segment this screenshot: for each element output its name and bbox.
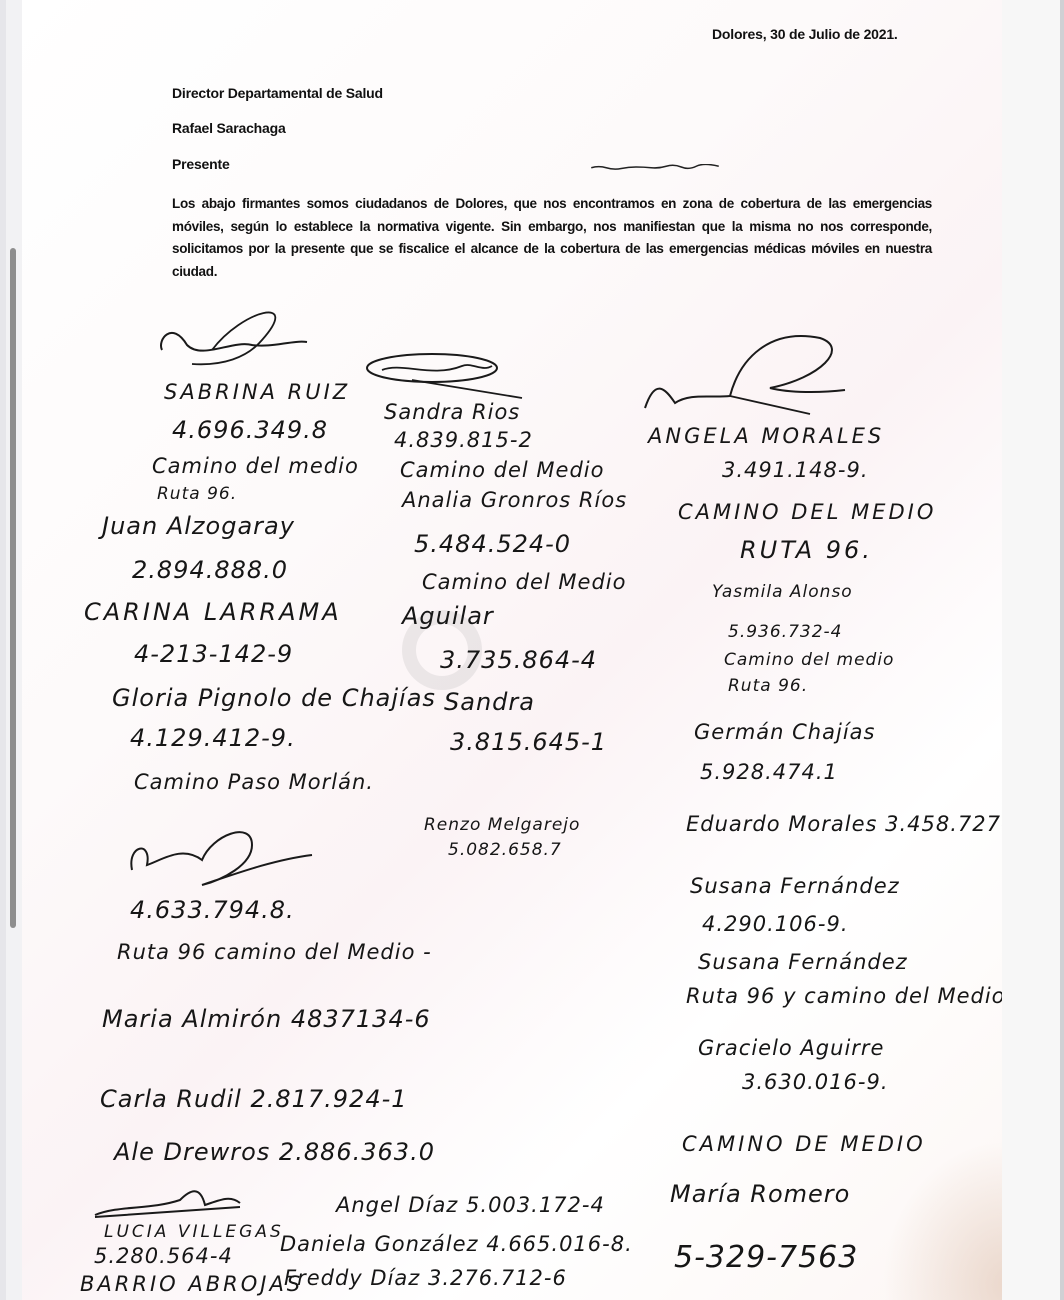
signatory-name: Germán Chajías — [694, 720, 875, 744]
letter-body: Los abajo firmantes somos ciudadanos de … — [172, 193, 932, 283]
signatory-address: CAMINO DE MEDIO — [682, 1132, 926, 1156]
signatory-id: 5.936.732-4 — [728, 622, 842, 642]
signatory-id: 5.003.172-4 — [466, 1193, 605, 1217]
signature-sandra-rios — [362, 350, 532, 405]
viewer-right-gutter — [1002, 0, 1064, 1300]
signature-angela-morales — [640, 318, 860, 423]
signatory-id: 4.665.016-8. — [486, 1232, 633, 1256]
signatory-entry: Ale Drewros 2.886.363.0 — [114, 1138, 435, 1166]
signatory-address: BARRIO ABROJAS — [80, 1272, 303, 1296]
signatory-entry: Maria Almirón 4837134-6 — [102, 1005, 431, 1033]
signatory-name: Eduardo Morales — [686, 812, 877, 836]
signatory-id: 4.290.106-9. — [702, 912, 849, 936]
signatory-address: CAMINO DEL MEDIO — [678, 500, 936, 524]
signatory-id: 5.928.474.1 — [700, 760, 838, 784]
signatory-id: 4-213-142-9 — [134, 640, 293, 668]
signatory-name: LUCIA VILLEGAS — [104, 1222, 284, 1242]
signatory-name: SABRINA RUIZ — [164, 380, 350, 404]
signatory-entry: Carla Rudil 2.817.924-1 — [100, 1085, 408, 1113]
signatory-name: Gracielo Aguirre — [698, 1036, 884, 1060]
signatory-name: Daniela González — [280, 1232, 479, 1256]
signatory-name: María Romero — [670, 1180, 850, 1208]
signatory-name: Carla Rudil — [100, 1085, 242, 1113]
signatory-id: 5.280.564-4 — [94, 1244, 233, 1268]
signature-sabrina-ruiz — [152, 300, 322, 375]
signatory-name: Freddy Díaz — [284, 1266, 420, 1290]
signatory-address: Camino del medio — [724, 650, 894, 670]
signatory-id: 4.696.349.8 — [172, 416, 328, 444]
scanned-letter-page: Dolores, 30 de Julio de 2021. Director D… — [22, 0, 1002, 1300]
signatory-address-2: RUTA 96. — [740, 536, 873, 564]
signatory-id: 4.839.815-2 — [394, 428, 533, 452]
viewer-left-gutter — [0, 0, 6, 1300]
signatory-id: 5-329-7563 — [674, 1240, 858, 1275]
signatory-name: Ale Drewros — [114, 1138, 270, 1166]
signatory-id: 3.735.864-4 — [440, 646, 597, 674]
signatory-name: ANGELA MORALES — [648, 424, 884, 448]
signatory-name: Maria Almirón — [102, 1005, 282, 1033]
signatory-address-2: Ruta 96. — [157, 484, 237, 504]
signatory-address: Camino del Medio — [422, 570, 626, 594]
signatory-entry: Daniela González 4.665.016-8. — [280, 1232, 633, 1256]
signatory-name: Gloria Pignolo de Chajías — [112, 684, 436, 712]
vertical-scrollbar[interactable] — [10, 248, 16, 928]
signatory-id: 3.815.645-1 — [450, 728, 607, 756]
signatory-name: Sandra Rios — [384, 400, 520, 424]
signatory-name: Sandra — [444, 688, 535, 716]
signatory-id: 3.276.712-6 — [428, 1266, 567, 1290]
signatory-name: Analia Gronros Ríos — [402, 488, 627, 512]
signatory-id: 4.633.794.8. — [130, 896, 295, 924]
signatory-id: 4.129.412-9. — [130, 724, 296, 752]
signatory-id: 5.484.524-0 — [414, 530, 571, 558]
signatory-entry: Eduardo Morales 3.458.727-6 — [686, 812, 1002, 836]
signatory-id: 4837134-6 — [291, 1005, 431, 1033]
signatory-address: Camino Paso Morlán. — [134, 770, 374, 794]
signatory-id: 3.630.016-9. — [742, 1070, 889, 1094]
signatory-name: Renzo Melgarejo — [424, 815, 580, 835]
signatory-address-2: Ruta 96. — [728, 676, 808, 696]
signatory-address: Ruta 96 y camino del Medio — [686, 984, 1002, 1008]
signatory-name: Yasmila Alonso — [712, 582, 853, 602]
signatory-name: Aguilar — [402, 602, 494, 630]
signatory-id: 3.458.727-6 — [885, 812, 1002, 836]
signatory-id: 3.491.148-9. — [722, 458, 869, 482]
signatory-id: 5.082.658.7 — [448, 840, 562, 860]
recipient-name: Rafael Sarachaga — [172, 120, 286, 136]
signatory-name: Juan Alzogaray — [102, 512, 295, 540]
signatory-id: 2.886.363.0 — [279, 1138, 435, 1166]
pen-mark — [570, 164, 740, 170]
recipient-title: Director Departamental de Salud — [172, 85, 383, 101]
signature-camilo — [122, 815, 322, 895]
signatory-id: 2.894.888.0 — [132, 556, 288, 584]
signatory-id: 2.817.924-1 — [250, 1085, 407, 1113]
signatory-address: Ruta 96 camino del Medio - — [117, 940, 432, 964]
letter-date: Dolores, 30 de Julio de 2021. — [712, 26, 898, 42]
signatory-name: CARINA LARRAMA — [84, 598, 342, 626]
salutation: Presente — [172, 156, 230, 172]
signatory-entry: Freddy Díaz 3.276.712-6 — [284, 1266, 567, 1290]
signatory-entry: Angel Díaz 5.003.172-4 — [336, 1193, 605, 1217]
signatory-address: Camino del Medio — [400, 458, 604, 482]
signatory-name: Susana Fernández — [690, 874, 900, 898]
signatory-signature-text: Susana Fernández — [698, 950, 908, 974]
signatory-name: Angel Díaz — [336, 1193, 458, 1217]
signatory-address: Camino del medio — [152, 454, 359, 478]
